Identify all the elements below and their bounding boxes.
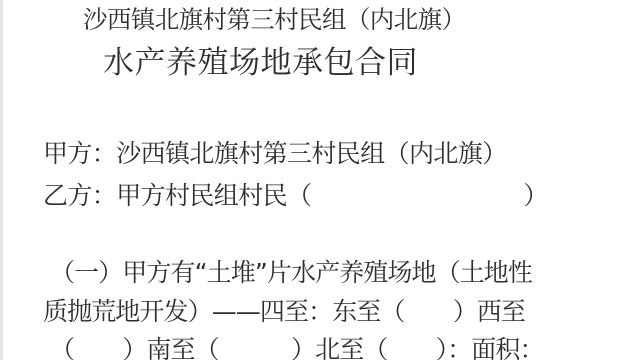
party-b-value-prefix: 甲方村民组村民（	[116, 181, 311, 210]
party-a-value: 沙西镇北旗村第三村民组（内北旗）	[116, 139, 506, 168]
document-subtitle: 沙西镇北旗村第三村民组（内北旗）	[83, 8, 465, 33]
party-b-label: 乙方：	[43, 181, 116, 210]
party-b-value-suffix: ）	[523, 181, 547, 210]
document-title: 水产养殖场地承包合同	[103, 48, 418, 79]
contract-document: 沙西镇北旗村第三村民组（内北旗） 水产养殖场地承包合同 甲方：沙西镇北旗村第三村…	[0, 0, 640, 360]
party-b-line: 乙方：甲方村民组村民（）	[43, 183, 548, 208]
party-a-label: 甲方：	[43, 139, 116, 168]
clause-1-line-2: 质抛荒地开发）——四至：东至（ ）西至	[43, 299, 525, 324]
clause-1-line-1: （一）甲方有“土堆”片水产养殖场地（土地性	[50, 260, 532, 285]
party-a-line: 甲方：沙西镇北旗村第三村民组（内北旗）	[43, 141, 507, 166]
clause-1-line-3: （ ）南至（ ）北至（ ）：面积：	[50, 337, 544, 360]
